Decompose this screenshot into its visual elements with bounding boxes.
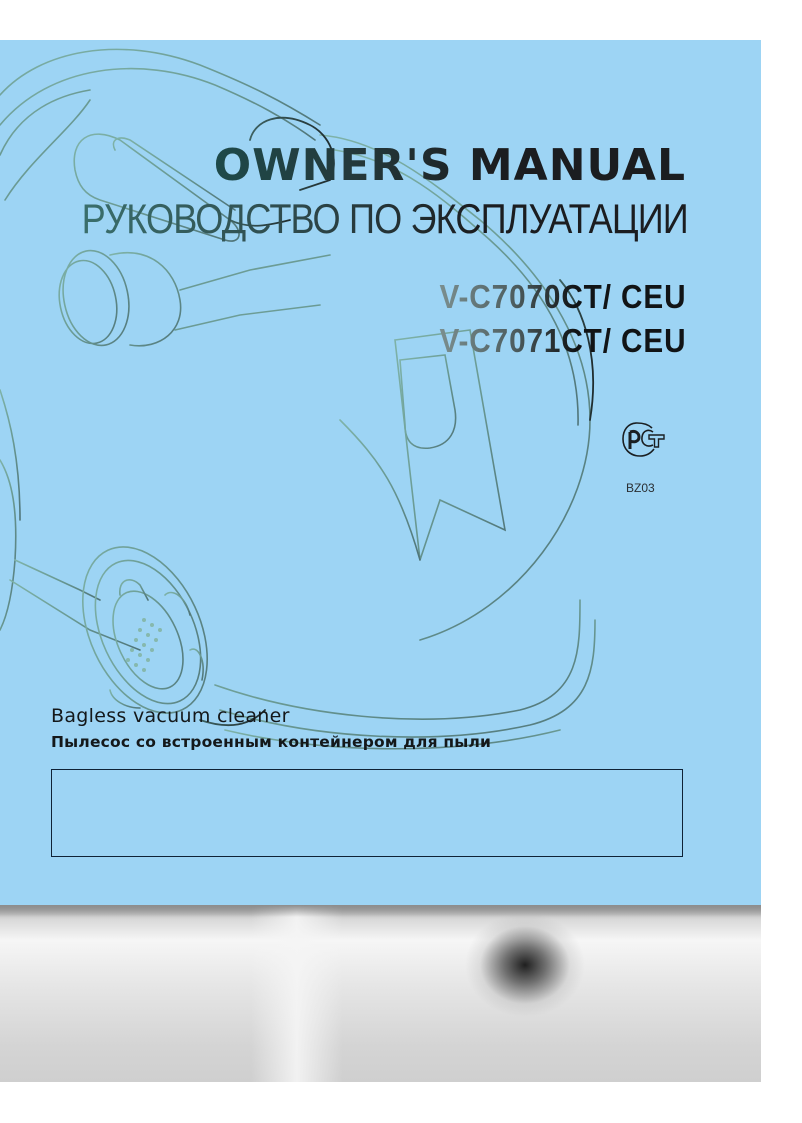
info-box	[51, 769, 683, 857]
product-description-english: Bagless vacuum cleaner	[51, 705, 290, 727]
model-number-2: V-C7071CT/ CEU	[439, 322, 686, 360]
certification-code: BZ03	[626, 481, 655, 495]
gost-r-certification-icon	[622, 422, 666, 458]
product-description-russian: Пылесос со встроенным контейнером для пы…	[51, 733, 491, 751]
band-shadow	[0, 905, 761, 917]
title-english: OWNER'S MANUAL	[214, 140, 686, 191]
manual-cover: OWNER'S MANUAL РУКОВОДСТВО ПО ЭКСПЛУАТАЦ…	[0, 40, 761, 1082]
title-russian: РУКОВОДСТВО ПО ЭКСПЛУАТАЦИИ	[82, 195, 688, 243]
gray-footer-band	[0, 905, 761, 1082]
model-number-1: V-C7070CT/ CEU	[439, 278, 686, 316]
